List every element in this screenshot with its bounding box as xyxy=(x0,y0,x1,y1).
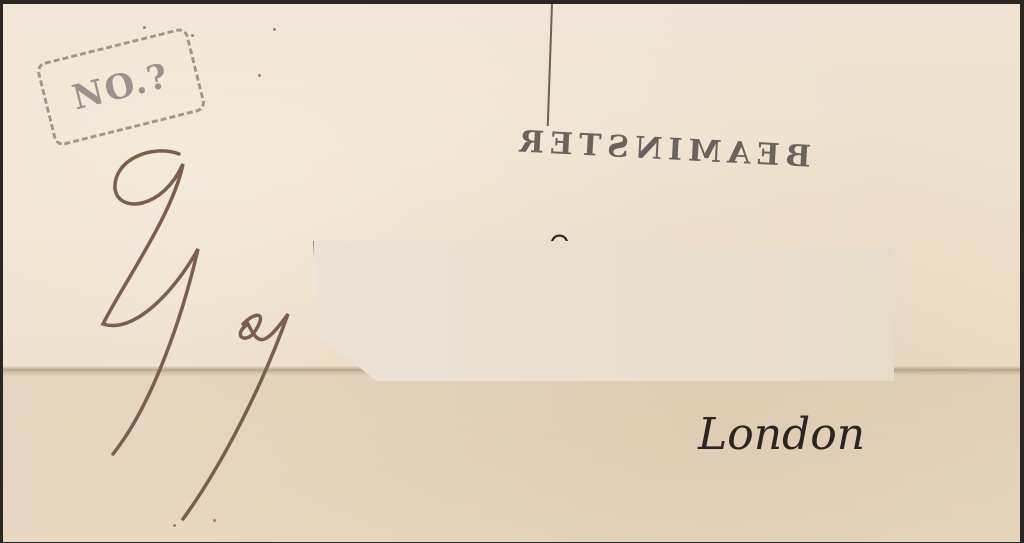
photo-frame: NO.? BEAMINSTER ~ ~ ∩ London xyxy=(0,0,1024,543)
boxed-handstamp: NO.? xyxy=(35,26,207,147)
town-postmark-mirrored: BEAMINSTER xyxy=(512,124,811,175)
ink-speck xyxy=(273,28,276,31)
letter-cover: NO.? BEAMINSTER ~ ~ ∩ London xyxy=(3,4,1020,542)
address-london: London xyxy=(698,409,865,460)
handstamp-text: NO.? xyxy=(68,56,173,119)
paper-tear xyxy=(547,4,553,126)
ink-speck xyxy=(173,524,176,527)
ink-speck xyxy=(213,519,216,522)
ink-speck xyxy=(258,74,261,77)
ink-speck xyxy=(143,26,146,29)
ink-speck xyxy=(191,34,194,37)
paper-repair-patch xyxy=(313,241,894,381)
manuscript-charge-mark xyxy=(83,134,303,534)
